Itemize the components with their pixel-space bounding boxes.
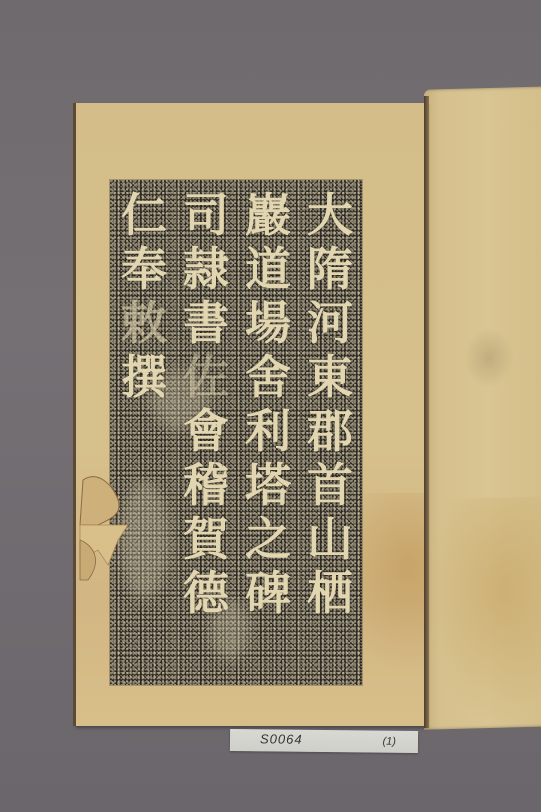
stele-rubbing: 大 隋 河 東 郡 首 山 栖 巖 道 場 舍 利 塔 之 碑 司 隷 書 佐 … <box>110 180 362 685</box>
character: 山 <box>302 512 358 566</box>
character: 東 <box>302 350 358 404</box>
character: 司 <box>178 188 234 242</box>
character: 道 <box>240 242 296 296</box>
character: 仁 <box>116 188 172 242</box>
character: 舍 <box>240 350 296 404</box>
character: 隋 <box>302 242 358 296</box>
character: 佐 <box>178 350 234 404</box>
character: 之 <box>240 512 296 566</box>
character: 奉 <box>116 242 172 296</box>
character: 隷 <box>178 242 234 296</box>
right-page <box>424 86 541 729</box>
character: 郡 <box>302 404 358 458</box>
character: 德 <box>178 566 234 620</box>
catalog-number: S0064 <box>260 731 303 746</box>
torn-paper-repair <box>78 470 138 590</box>
character: 敕 <box>116 296 172 350</box>
character: 巖 <box>240 188 296 242</box>
inscription-column-2: 巖 道 場 舍 利 塔 之 碑 <box>238 188 297 680</box>
character: 撰 <box>116 350 172 404</box>
character: 場 <box>240 296 296 350</box>
inscription-column-4: 仁 奉 敕 撰 <box>114 188 173 680</box>
water-stain <box>424 496 541 729</box>
catalog-label: S0064 (1) <box>230 729 418 753</box>
character: 首 <box>302 458 358 512</box>
page-shadow <box>464 327 514 388</box>
character: 書 <box>178 296 234 350</box>
inscription-column-3: 司 隷 書 佐 會 稽 賀 德 <box>176 188 235 680</box>
character: 利 <box>240 404 296 458</box>
photo-scene: 大 隋 河 東 郡 首 山 栖 巖 道 場 舍 利 塔 之 碑 司 隷 書 佐 … <box>0 0 541 812</box>
character: 塔 <box>240 458 296 512</box>
book-spine-fold <box>424 96 429 728</box>
character: 栖 <box>302 566 358 620</box>
inscription-column-1: 大 隋 河 東 郡 首 山 栖 <box>300 188 359 680</box>
character: 賀 <box>178 512 234 566</box>
character: 碑 <box>240 566 296 620</box>
character: 會 <box>178 404 234 458</box>
character: 稽 <box>178 458 234 512</box>
volume-number: (1) <box>382 736 396 748</box>
character: 河 <box>302 296 358 350</box>
character: 大 <box>302 188 358 242</box>
